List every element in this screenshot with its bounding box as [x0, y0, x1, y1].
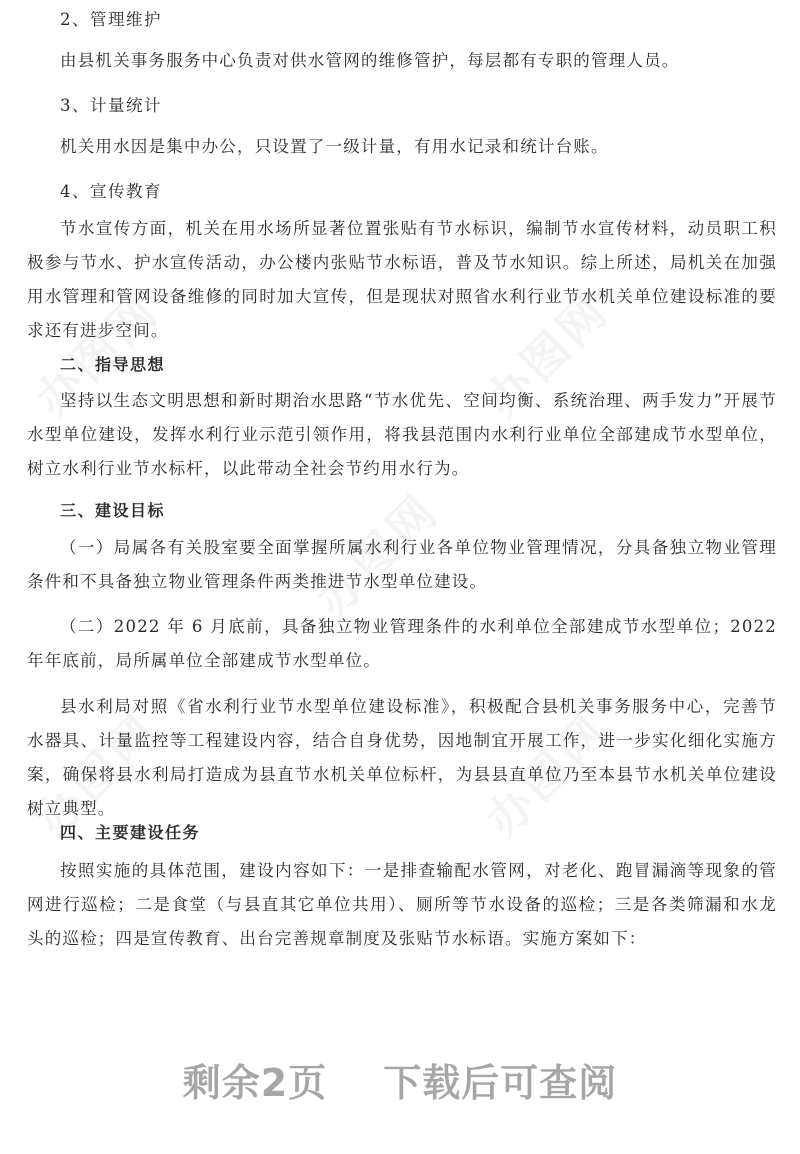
heading-construction-goals: 三、建设目标 — [60, 498, 165, 521]
paragraph-management: 由县机关事务服务中心负责对供水管网的维修管护，每层都有专职的管理人员。 — [27, 44, 777, 78]
subheading-publicity: 4、宣传教育 — [60, 178, 162, 202]
paragraph-publicity: 节水宣传方面，机关在用水场所显著位置张贴有节水标识，编制节水宣传材料，动员职工积… — [27, 212, 777, 348]
heading-main-tasks: 四、主要建设任务 — [60, 820, 200, 843]
subheading-metering: 3、计量统计 — [60, 92, 162, 116]
paragraph-goal-1: （一）局属各有关股室要全面掌握所属水利行业各单位物业管理情况，分具备独立物业管理… — [27, 531, 777, 599]
paragraph-main-tasks: 按照实施的具体范围，建设内容如下：一是排查输配水管网，对老化、跑冒漏滴等现象的管… — [27, 854, 777, 956]
document-page: 办图网 办图网 办图网 办图网 办图网 2、管理维护 由县机关事务服务中心负责对… — [0, 0, 800, 1154]
download-prompt[interactable]: 剩余2页下载后可查阅 — [0, 1052, 800, 1107]
remaining-pages-label: 剩余2页 — [183, 1052, 327, 1107]
subheading-management: 2、管理维护 — [60, 6, 162, 30]
download-to-view-label[interactable]: 下载后可查阅 — [383, 1052, 617, 1107]
paragraph-goal-2: （二）2022 年 6 月底前，具备独立物业管理条件的水利单位全部建成节水型单位… — [27, 610, 777, 678]
paragraph-metering: 机关用水因是集中办公，只设置了一级计量，有用水记录和统计台账。 — [27, 130, 777, 164]
paragraph-guiding-ideology: 坚持以生态文明思想和新时期治水思路“节水优先、空间均衡、系统治理、两手发力”开展… — [27, 384, 777, 486]
heading-guiding-ideology: 二、指导思想 — [60, 352, 165, 375]
paragraph-goal-3: 县水利局对照《省水利行业节水型单位建设标准》，积极配合县机关事务服务中心，完善节… — [27, 690, 777, 826]
